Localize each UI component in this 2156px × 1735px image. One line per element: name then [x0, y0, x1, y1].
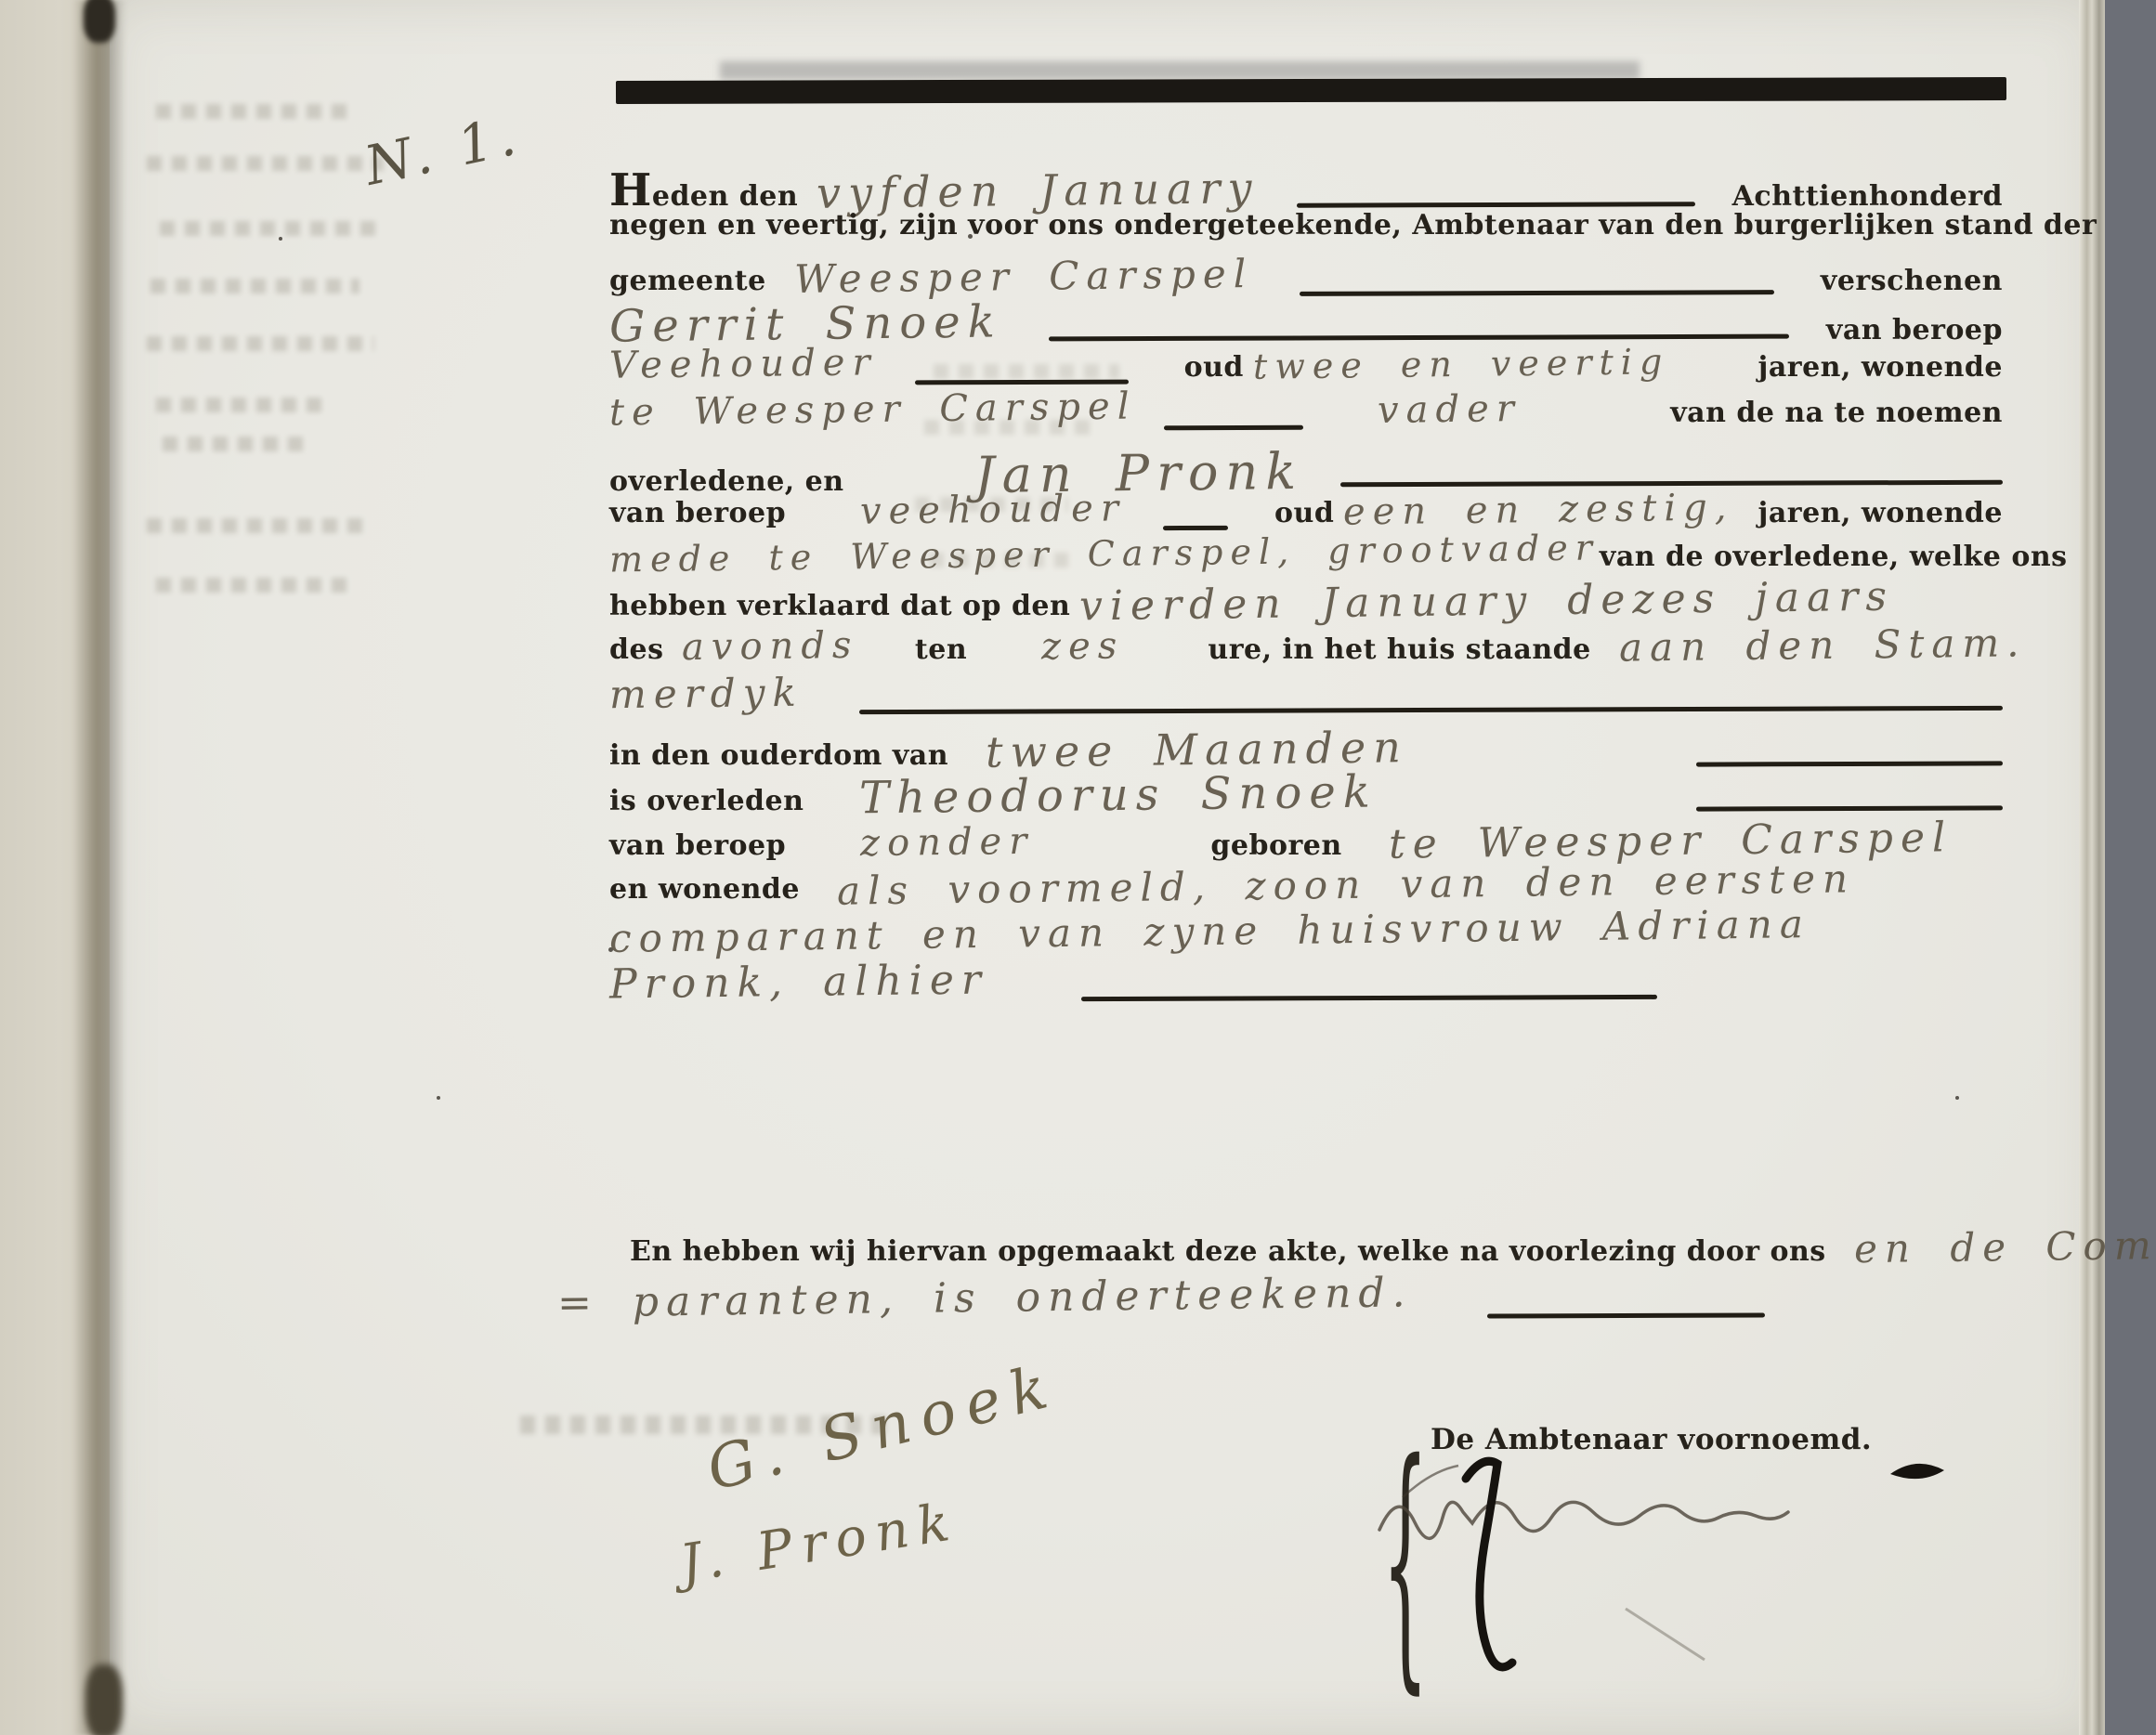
act-line: overledene, enJan Pronk: [609, 444, 2003, 494]
handwritten-entry: zes: [1041, 624, 1125, 668]
printed-form-text: van beroep: [1826, 314, 2003, 346]
ink-speck: [437, 1096, 440, 1100]
printed-form-text: negen en veertig, zijn voor ons onderget…: [609, 209, 2097, 241]
fill-rule: [1163, 526, 1228, 530]
printed-form-text: jaren, wonende: [1758, 351, 2004, 384]
act-line: hebben verklaard dat op denvierden Janua…: [609, 578, 2003, 628]
printed-form-text: gemeente: [609, 265, 766, 297]
fill-rule: [915, 380, 1129, 385]
binding-shadow-top: [84, 0, 115, 43]
bleedthrough-text: [156, 104, 356, 119]
handwritten-entry: Theodorus Snoek: [859, 766, 1378, 825]
printed-form-text: oud: [1274, 497, 1334, 529]
printed-form-text: Achttienhonderd: [1732, 180, 2003, 213]
bleedthrough-text: [150, 279, 359, 294]
handwritten-entry: Weesper Carspel: [793, 251, 1253, 302]
bleedthrough-text: [156, 398, 328, 412]
printed-form-text: des: [609, 633, 663, 666]
fill-rule: [1297, 202, 1695, 207]
bleedthrough-text: [147, 336, 374, 351]
fill-rule: [1696, 805, 2003, 811]
printed-form-text: Heden den: [609, 176, 798, 213]
printed-form-text: hebben verklaard dat op den: [609, 590, 1070, 622]
act-line: gemeenteWeesper Carspelverschenen: [609, 254, 2003, 304]
printed-form-text: verschenen: [1821, 265, 2003, 297]
fill-rule: [1049, 334, 1789, 342]
binding-shadow-bottom: [85, 1664, 123, 1735]
ink-speck: [279, 237, 282, 241]
printed-form-text: geboren: [1210, 829, 1341, 862]
act-line: is overledenTheodorus Snoek: [609, 769, 2003, 819]
act-line: comparant en van zyne huisvrouw Adriana: [609, 908, 2003, 959]
top-rule-shadow: [720, 61, 1640, 80]
printed-form-text: En hebben wij hiervan opgemaakt deze akt…: [630, 1235, 1826, 1268]
printed-form-text: van de na te noemen: [1670, 397, 2003, 429]
book-gutter-crease: [72, 0, 126, 1735]
handwritten-entry: zonder: [860, 820, 1035, 865]
bleedthrough-text: [160, 221, 378, 236]
ink-speck: [1955, 1096, 1959, 1100]
fill-rule: [1487, 1312, 1765, 1318]
printed-form-text: ure, in het huis staande: [1208, 633, 1590, 666]
fill-rule: [1300, 290, 1774, 296]
scanned-death-record-page: N. 1. Heden denvyfden JanuaryAchttienhon…: [0, 0, 2156, 1735]
act-line: desavondstenzesure, in het huis staandea…: [609, 622, 2003, 672]
fill-rule: [1696, 761, 2003, 766]
closing-line: En hebben wij hiervan opgemaakt deze akt…: [630, 1224, 1995, 1276]
book-page-edges: [2079, 0, 2105, 1735]
printed-top-rule: [616, 77, 2006, 104]
act-line: Gerrit Snoekvan beroep: [609, 298, 2003, 348]
bleedthrough-text: [156, 578, 356, 593]
act-line: te Weesper Carspelvadervan de na te noem…: [609, 388, 2003, 438]
closing-line: = paranten, is onderteekend.: [557, 1274, 1765, 1326]
handwritten-entry: vader: [1378, 387, 1522, 432]
handwritten-entry: veehouder: [860, 487, 1126, 532]
handwritten-entry: en de Com.: [1853, 1222, 2156, 1272]
printed-form-text: in den ouderdom van: [609, 739, 948, 772]
handwritten-entry: een en zestig,: [1343, 486, 1734, 533]
handwritten-entry: aan den Stam.: [1618, 620, 2026, 670]
handwritten-entry: Veehouder: [609, 341, 878, 387]
act-line: merdyk: [609, 671, 2003, 721]
handwritten-entry: te Weesper Carspel: [609, 385, 1137, 435]
handwritten-entry: avonds: [682, 624, 859, 669]
act-line: Heden denvyfden JanuaryAchttienhonderd: [609, 165, 2003, 215]
printed-form-text: ten: [915, 633, 967, 666]
printed-form-text: jaren, wonende: [1758, 497, 2004, 529]
registrar-signature-flourish: [1347, 1441, 1997, 1720]
printed-form-text: van beroep: [609, 829, 786, 862]
fill-rule: [859, 706, 2003, 714]
printed-form-text: en wonende: [609, 873, 800, 906]
handwritten-entry: Pronk, alhier: [609, 957, 988, 1009]
fill-rule: [1081, 995, 1657, 1001]
handwritten-entry: = paranten, is onderteekend.: [557, 1269, 1413, 1326]
act-line: Veehouderoudtwee en veertigjaren, wonend…: [609, 343, 2003, 393]
act-line: negen en veertig, zijn voor ons onderget…: [609, 209, 2003, 259]
handwritten-entry: comparant en van zyne huisvrouw Adriana: [609, 901, 1810, 961]
act-line: Pronk, alhier: [609, 959, 2003, 1009]
printed-form-text: van beroep: [609, 497, 786, 529]
handwritten-entry: mede te Weesper Carspel, grootvader: [609, 527, 1600, 580]
handwritten-entry: merdyk: [609, 670, 804, 718]
bleedthrough-text: [163, 437, 311, 451]
fill-rule: [1340, 480, 2003, 487]
scanner-background: [2105, 0, 2156, 1735]
printed-form-text: van de overledene, welke ons: [1600, 541, 2068, 573]
bleedthrough-text: [147, 156, 384, 171]
bleedthrough-text: [147, 518, 370, 533]
printed-form-text: oud: [1184, 351, 1244, 384]
handwritten-entry: twee en veertig: [1253, 341, 1670, 386]
printed-form-text: is overleden: [609, 785, 804, 817]
fill-rule: [1164, 425, 1303, 431]
